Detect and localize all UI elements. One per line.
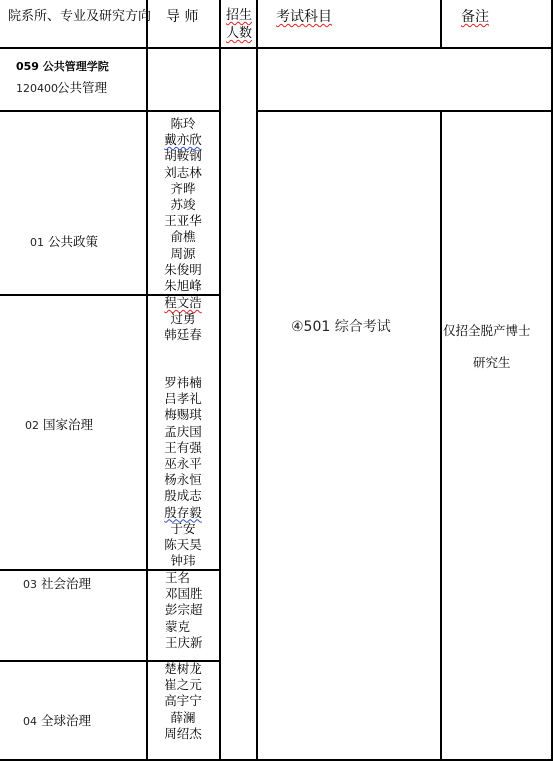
advisor-name: 戴亦欣 [164,132,202,147]
advisor-name: 邓国胜 [165,586,219,602]
advisor-name: 过勇 [147,311,219,327]
direction-label: 01 公共政策 [30,236,98,249]
advisor-list: 楚树龙 崔之元 高宇宁 薛澜 周绍杰 [147,661,219,742]
advisor-name: 王庆新 [165,635,219,651]
advisor-list: 陈玲 戴亦欣 胡鞍钢 刘志林 齐晔 苏竣 王亚华 俞樵 周源 朱俊明 朱旭峰 [147,116,219,294]
school-row-divider-right [256,110,553,112]
advisor-name: 程文浩 [164,295,202,310]
direction-code: 03 [23,578,37,591]
advisor-name: 苏竣 [147,197,219,213]
note-line-2: 研究生 [473,357,511,370]
direction-label: 02 国家治理 [25,419,93,432]
direction-name: 公共政策 [48,234,98,249]
advisor-name: 王亚华 [147,213,219,229]
school-code-name: 059 公共管理学院 [16,61,109,72]
advisor-name: 高宇宁 [147,693,219,709]
col-divider-notes [440,0,442,48]
advisor-name: 彭宗超 [165,602,219,618]
advisor-name: 陈天昊 [147,537,219,553]
advisor-name: 薛澜 [147,710,219,726]
direction-name: 国家治理 [43,417,93,432]
advisor-name: 王名 [165,570,219,586]
advisor-name: 殷成志 [147,488,219,504]
major-name: 公共管理 [57,82,107,95]
advisor-name: 罗祎楠 [147,375,219,391]
advisor-name: 巫永平 [147,456,219,472]
direction-code: 01 [30,236,44,249]
advisor-name: 俞樵 [147,229,219,245]
advisor-name: 崔之元 [147,677,219,693]
note-line-1: 仅招全脱产博士 [443,325,531,338]
advisor-name: 刘志林 [147,165,219,181]
advisor-name: 蒙克 [165,619,219,635]
direction-code: 04 [23,715,37,728]
advisor-name: 陈玲 [147,116,219,132]
header-enrollment-line1: 招生 [226,9,252,22]
direction-name: 社会治理 [41,576,91,591]
header-notes: 备注 [461,10,489,24]
advisor-list: 王名 邓国胜 彭宗超 蒙克 王庆新 [147,570,219,651]
advisor-name: 吕孝礼 [147,391,219,407]
direction-code: 02 [25,419,39,432]
exam-subject: ④501 综合考试 [291,320,391,334]
advisor-name: 韩廷春 [147,327,219,343]
advisor-name: 于安 [147,521,219,537]
advisor-name: 胡鞍钢 [147,148,219,164]
header-department: 院系所、专业及研究方向 [8,10,151,23]
advisor-name: 王有强 [147,440,219,456]
direction-label: 04 全球治理 [23,715,91,728]
major-code: 120400 [16,83,58,94]
header-enrollment-line2: 人数 [226,27,252,40]
col-divider-enrollment [219,0,221,761]
table-right-border [551,0,553,761]
table-bottom-border [0,759,553,761]
advisor-name: 朱俊明 [147,262,219,278]
advisor-name: 杨永恒 [147,472,219,488]
header-divider [0,47,553,49]
advisor-name: 周绍杰 [147,726,219,742]
advisor-name: 楚树龙 [147,661,219,677]
direction-name: 全球治理 [41,713,91,728]
advisor-name: 周源 [147,246,219,262]
header-advisor: 导 师 [166,10,198,24]
advisor-name: 殷存毅 [164,505,202,520]
direction-label: 03 社会治理 [23,578,91,591]
school-row-divider-left [0,110,220,112]
advisor-list-group1: 程文浩 过勇 韩廷春 [147,295,219,344]
advisor-name: 梅赐琪 [147,407,219,423]
header-exam: 考试科目 [276,10,332,24]
advisor-name: 孟庆国 [147,424,219,440]
advisor-list-group2: 罗祎楠 吕孝礼 梅赐琪 孟庆国 王有强 巫永平 杨永恒 殷成志 殷存毅 于安 陈… [147,375,219,569]
advisor-name: 钟玮 [147,553,219,569]
col-divider-notes-lower [440,111,442,761]
advisor-name: 朱旭峰 [147,278,219,294]
col-divider-exam [256,0,258,761]
advisor-name: 齐晔 [147,181,219,197]
